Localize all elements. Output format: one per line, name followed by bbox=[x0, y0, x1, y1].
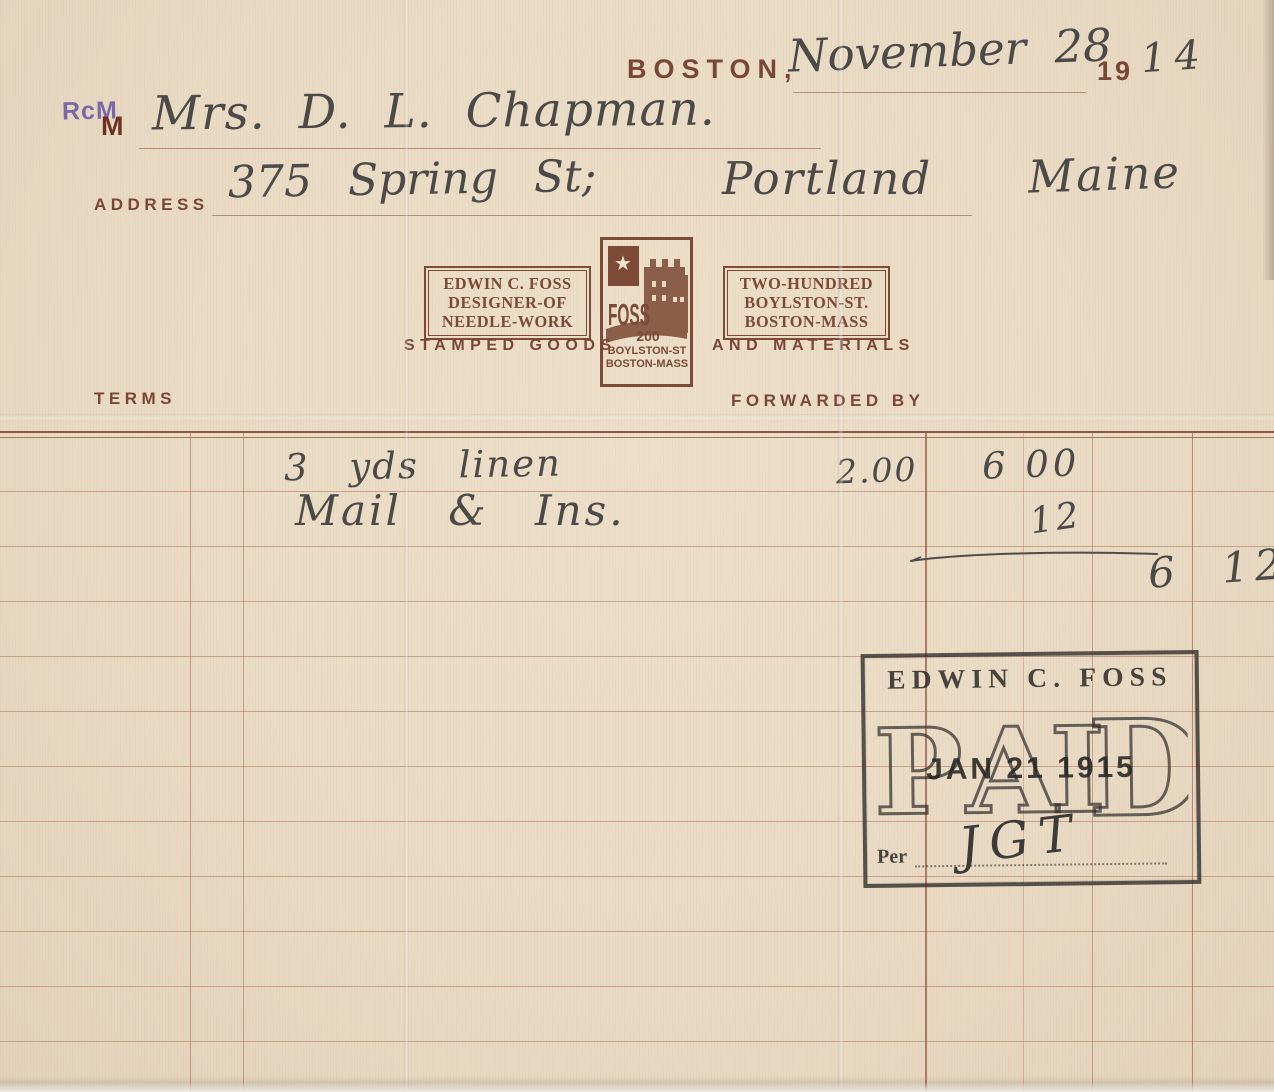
handwritten-date: November 28 bbox=[787, 22, 1112, 78]
date-underline bbox=[793, 92, 1086, 93]
address-city: Portland bbox=[722, 156, 932, 201]
address-state: Maine bbox=[1027, 149, 1181, 199]
entry-2-amount: 12 bbox=[1028, 498, 1084, 541]
foss-castle-emblem-icon: ★ FOSS 200 BOYLSTON-ST BOSTON-MASS bbox=[600, 237, 693, 387]
handwritten-year: 14 bbox=[1140, 35, 1210, 80]
name-field-label: M bbox=[101, 111, 124, 142]
sum-line bbox=[905, 540, 1165, 575]
horizontal-fold bbox=[0, 414, 1274, 422]
letterhead-right-line2: BOYLSTON-ST. bbox=[737, 293, 876, 312]
star-icon: ★ bbox=[614, 253, 632, 275]
paid-stamp-per-label: Per bbox=[877, 846, 907, 869]
letterhead-right-box: TWO-HUNDRED BOYLSTON-ST. BOSTON-MASS bbox=[723, 266, 890, 340]
paid-stamp-signature: JGT bbox=[956, 807, 1084, 871]
ledger-column-rule-1 bbox=[190, 433, 191, 1092]
right-edge-shadow bbox=[1262, 0, 1274, 280]
terms-label: TERMS bbox=[94, 389, 176, 409]
entry-2-description: Mail & Ins. bbox=[295, 490, 626, 532]
address-label: ADDRESS bbox=[94, 195, 209, 215]
name-underline bbox=[139, 148, 821, 149]
letterhead-left-box: EDWIN C. FOSS DESIGNER-OF NEEDLE-WORK bbox=[424, 266, 591, 340]
paid-stamp-date: JAN 21 1915 bbox=[866, 750, 1196, 788]
billhead-document: BOSTON, November 28 19 14 RcM M Mrs. D. … bbox=[0, 0, 1274, 1092]
year-printed: 19 bbox=[1097, 56, 1133, 87]
caption-stamped-goods: STAMPED GOODS bbox=[404, 337, 617, 355]
letterhead-left-line2: DESIGNER-OF bbox=[438, 293, 577, 312]
address-underline bbox=[212, 215, 972, 216]
caption-and-materials: AND MATERIALS bbox=[712, 337, 915, 355]
entry-1-description: 3 yds linen bbox=[284, 445, 562, 487]
city-label: BOSTON, bbox=[627, 54, 799, 85]
address-street: 375 Spring St; bbox=[228, 155, 597, 205]
emblem-brand: FOSS bbox=[608, 297, 650, 332]
letterhead-left-line1: EDWIN C. FOSS bbox=[438, 274, 577, 293]
emblem-addr-3: BOSTON-MASS bbox=[606, 358, 688, 370]
forwarded-by-label: FORWARDED BY bbox=[731, 391, 924, 411]
letterhead-left-line3: NEEDLE-WORK bbox=[438, 312, 577, 331]
letterhead-right-line3: BOSTON-MASS bbox=[737, 312, 876, 331]
letterhead-right-line1: TWO-HUNDRED bbox=[737, 274, 876, 293]
ledger-total: 6 12 bbox=[1147, 543, 1274, 595]
ledger-column-rule-2 bbox=[243, 433, 244, 1092]
entry-1-amount: 6 00 bbox=[981, 444, 1081, 484]
emblem-addr-1: 200 bbox=[636, 328, 660, 344]
entry-1-unit-price: 2.00 bbox=[835, 453, 918, 489]
customer-name: Mrs. D. L. Chapman. bbox=[152, 86, 716, 138]
emblem-addr-2: BOYLSTON-ST bbox=[608, 345, 687, 357]
paid-stamp: EDWIN C. FOSS P A I D JAN 21 1915 Per JG… bbox=[861, 650, 1202, 888]
